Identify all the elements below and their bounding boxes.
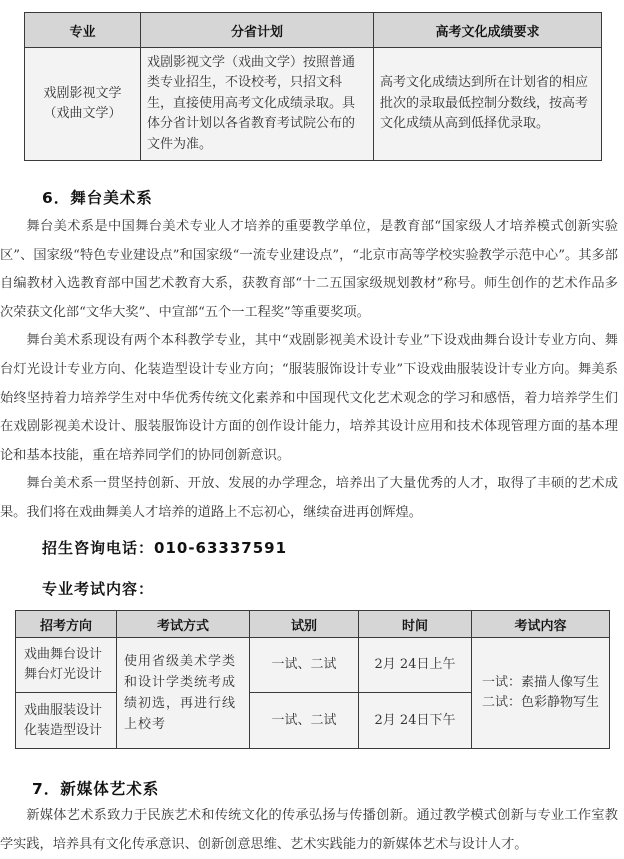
cell-major: 戏剧影视文学 （戏曲文学） [25,48,141,161]
cell-time: 2月 24日上午 [359,638,472,693]
cell-direction: 戏曲舞台设计 舞台灯光设计 [16,638,117,693]
paragraph: 舞台美术系是中国舞台美术专业人才培养的重要教学单位，是教育部“国家级人才培养模式… [0,213,618,327]
cell-provincial-plan: 戏剧影视文学（戏曲文学）按照普通类专业招生，不设校考，只招文科生，直接使用高考文… [141,48,374,161]
table-header-row: 招考方向 考试方式 试别 时间 考试内容 [16,611,610,638]
exam-content-heading: 专业考试内容： [42,578,154,599]
phone-number[interactable]: 010-63337591 [154,539,287,557]
paragraph: 新媒体艺术系致力于民族艺术和传统文化的传承弘扬与传播创新。通过教学模式创新与专业… [0,802,618,859]
section-7-body: 新媒体艺术系致力于民族艺术和传统文化的传承弘扬与传播创新。通过教学模式创新与专业… [0,802,618,859]
header-major: 专业 [25,13,141,48]
table-row: 戏剧影视文学 （戏曲文学） 戏剧影视文学（戏曲文学）按照普通类专业招生，不设校考… [25,48,602,161]
header-score-requirement: 高考文化成绩要求 [374,13,602,48]
cell-content: 一试：素描人像写生 二试：色彩静物写生 [472,638,610,749]
exam-schedule-table: 招考方向 考试方式 试别 时间 考试内容 戏曲舞台设计 舞台灯光设计 使用省级美… [15,610,610,749]
cell-method: 使用省级美术学类和设计学类统考成绩初选，再进行线上校考 [117,638,250,749]
major-line: 戏剧影视文学 [25,84,140,104]
table-row: 戏曲舞台设计 舞台灯光设计 使用省级美术学类和设计学类统考成绩初选，再进行线上校… [16,638,610,693]
major-line: （戏曲文学） [25,104,140,124]
cell-score-requirement: 高考文化成绩达到所在计划省的相应批次的录取最低控制分数线，按高考文化成绩从高到低… [374,48,602,161]
header-method: 考试方式 [117,611,250,638]
direction-line: 化装造型设计 [24,721,116,741]
paragraph: 舞台美术系一贯坚持创新、开放、发展的办学理念，培养出了大量优秀的人才，取得了丰硕… [0,470,618,527]
header-direction: 招考方向 [16,611,117,638]
content-line: 一试：素描人像写生 [472,673,609,693]
direction-line: 戏曲舞台设计 [24,645,116,665]
table-header-row: 专业 分省计划 高考文化成绩要求 [25,13,602,48]
cell-time: 2月 24日下午 [359,693,472,749]
header-provincial-plan: 分省计划 [141,13,374,48]
admission-phone: 招生咨询电话：010-63337591 [42,537,287,558]
paragraph: 舞台美术系现设有两个本科教学专业，其中“戏剧影视美术设计专业”下设戏曲舞台设计专… [0,327,618,470]
phone-label: 招生咨询电话： [42,539,154,557]
cell-round: 一试、二试 [250,638,359,693]
header-round: 试别 [250,611,359,638]
cell-direction: 戏曲服装设计 化装造型设计 [16,693,117,749]
direction-line: 戏曲服装设计 [24,701,116,721]
section-6-heading: 6．舞台美术系 [42,186,153,208]
admission-plan-table: 专业 分省计划 高考文化成绩要求 戏剧影视文学 （戏曲文学） 戏剧影视文学（戏曲… [24,12,602,161]
section-7-heading: 7．新媒体艺术系 [32,777,159,799]
direction-line: 舞台灯光设计 [24,665,116,685]
header-time: 时间 [359,611,472,638]
cell-round: 一试、二试 [250,693,359,749]
content-line: 二试：色彩静物写生 [472,693,609,713]
section-6-body: 舞台美术系是中国舞台美术专业人才培养的重要教学单位，是教育部“国家级人才培养模式… [0,213,618,528]
header-content: 考试内容 [472,611,610,638]
